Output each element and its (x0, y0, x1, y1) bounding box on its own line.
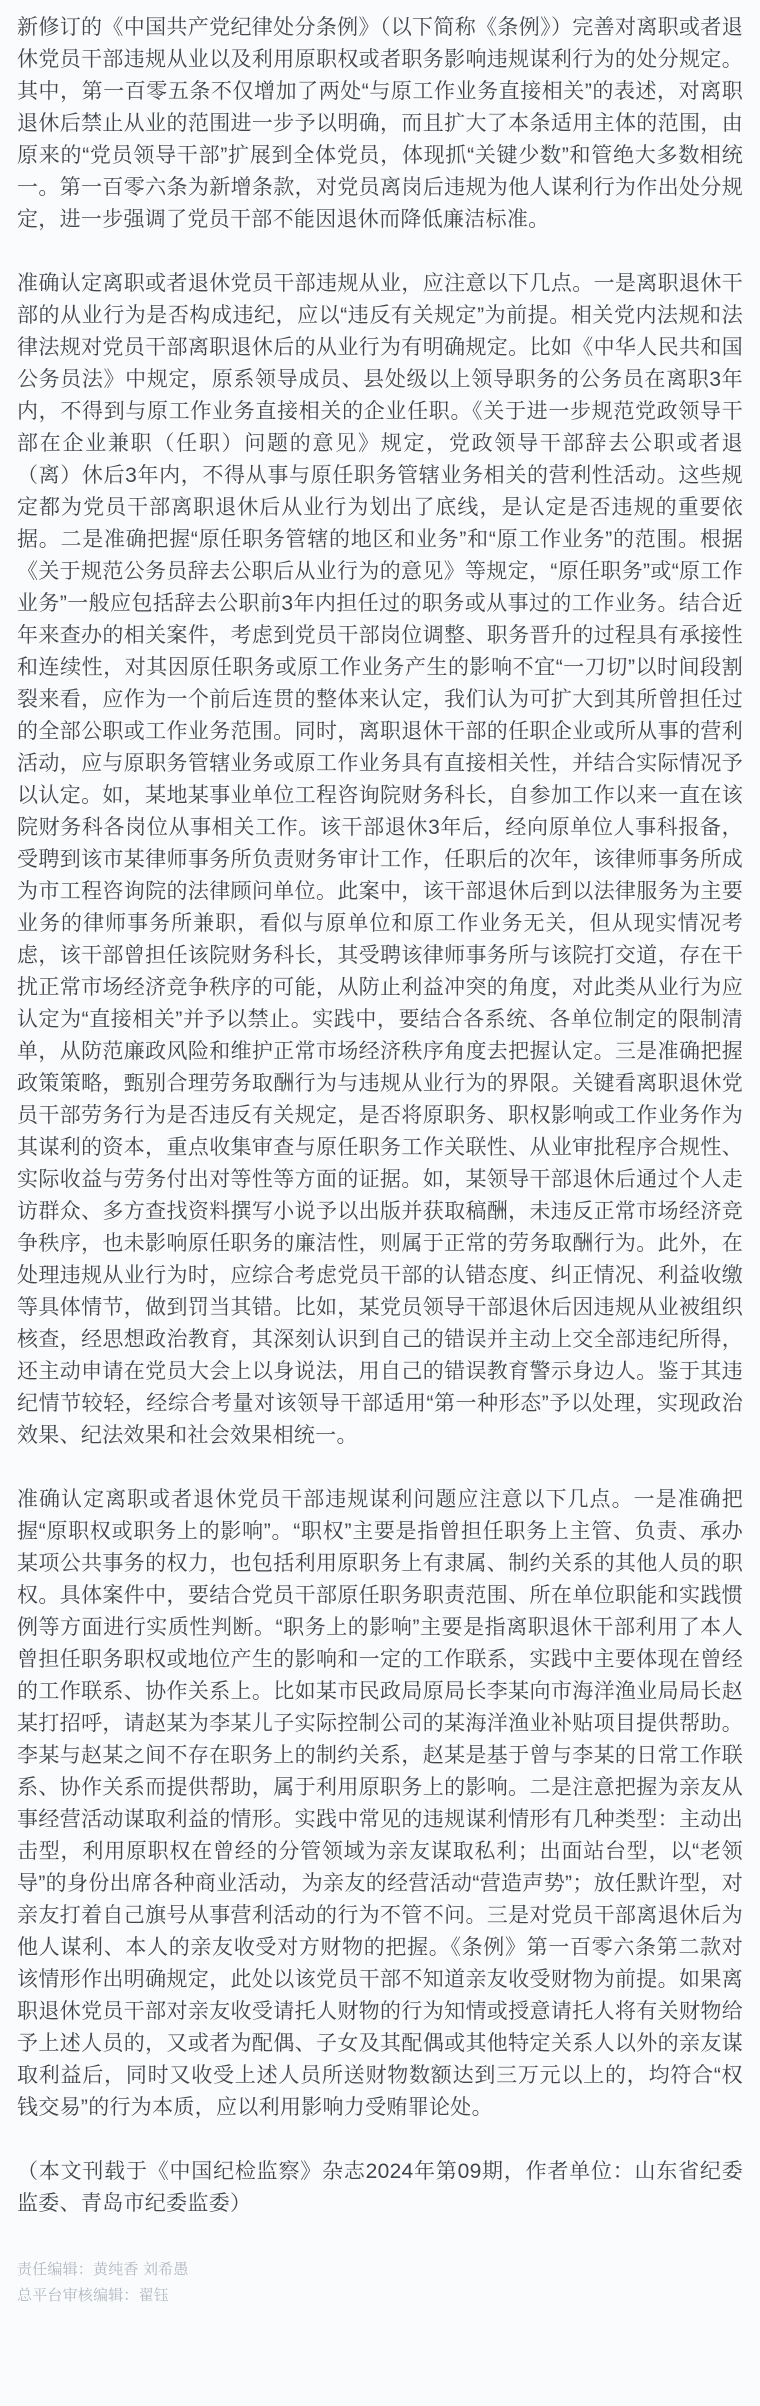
article-paragraph-intro: 新修订的《中国共产党纪律处分条例》（以下简称《条例》）完善对离职或者退休党员干部… (17, 12, 743, 236)
editor-credits: 责任编辑：黄纯香 刘希愚 总平台审核编辑：翟钰 (17, 2260, 743, 2306)
article-page: 新修订的《中国共产党纪律处分条例》（以下简称《条例》）完善对离职或者退休党员干部… (0, 0, 760, 2348)
responsible-editor-line: 责任编辑：黄纯香 刘希愚 (17, 2260, 743, 2280)
article-source-note: （本文刊载于《中国纪检监察》杂志2024年第09期，作者单位：山东省纪委监委、青… (17, 2156, 743, 2220)
platform-review-editor-line: 总平台审核编辑：翟钰 (17, 2286, 743, 2306)
article-paragraph-illegal-profit: 准确认定离职或者退休党员干部违规谋利问题应注意以下几点。一是准确把握“原职权或职… (17, 1484, 743, 2124)
article-paragraph-illegal-employment: 准确认定离职或者退休党员干部违规从业，应注意以下几点。一是离职退休干部的从业行为… (17, 268, 743, 1452)
